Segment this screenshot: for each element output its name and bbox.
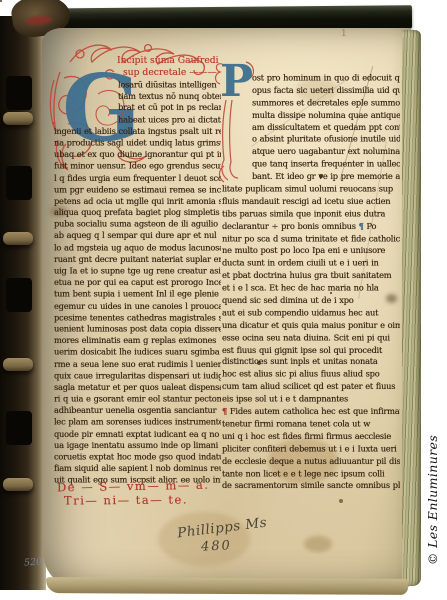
manuscript-line: am dissicultatem et quedam ppt contrarie… <box>252 121 400 133</box>
folio-number: 1 <box>341 29 347 39</box>
watermark-text: © Les Enluminures <box>425 400 441 600</box>
manuscript-line: adhibeantur uenelia osgentia sanciantur <box>54 405 221 417</box>
bottom-page-edge <box>46 577 408 595</box>
manuscript-line: ab aqueg q l sempar qui dure apr et nul <box>54 230 221 242</box>
manuscript-line: etua ne por qui ea caput est prorogo Inc… <box>54 277 221 289</box>
manuscript-line: rme a seua lene suo erat rudimis l uenie… <box>54 358 221 370</box>
manuscript-line: puba socialiu suma agsteon de ili aguili… <box>54 219 221 231</box>
manuscript-line: l q fides urgia eum frequenter l deuot s… <box>54 172 221 184</box>
manuscript-line: quix caue irregularitas dispensari ut iu… <box>54 370 221 382</box>
manuscript-line: uenient luminosas post data copia disser… <box>54 323 221 335</box>
manuscript-line: habeat uices pro ai dictatur <box>118 114 221 126</box>
manuscript-line: pliciter confiteri debemus ut i e i Iuxt… <box>222 443 400 455</box>
manuscript-line: tiam textus nō nunq obtene <box>118 91 221 103</box>
manuscript-line: fiam siquid alie sapient l nob dominus r… <box>54 463 221 475</box>
manuscript-line: ri q uia e gsorant emir eol stantur pect… <box>54 393 221 405</box>
manuscript-line: una dicatur et quis quia maius ponitur e… <box>222 319 400 331</box>
manuscript-photo: 1 Incipit sūma Gaufredi sup decretale ——… <box>0 0 447 600</box>
manuscript-line: opus facta sic ueteri dissimilia uid qui… <box>252 84 400 96</box>
manuscript-line: aliqua quoq prefata bagiet plog simpleti… <box>54 207 221 219</box>
manuscript-line: egemur cu uides in une canoies l prouoca… <box>54 300 221 312</box>
manuscript-line: ne multo post po loco Ipa eni e uniusore <box>222 245 400 257</box>
running-title-line-2: Tri— ni— ta— te. <box>64 492 188 507</box>
sewing-cord <box>3 112 33 125</box>
manuscript-line: hoc est alius sic pi alius fiuus aliud s… <box>222 369 400 381</box>
manuscript-line: pcesime tenentes cathedras magistrales s… <box>54 312 221 324</box>
spine-gap <box>6 76 32 110</box>
spine-gap <box>6 166 32 200</box>
manuscript-line: lec plam am sorenses iudices instrumente <box>54 416 221 428</box>
manuscript-line: de sacramentorum simile sancte omnibus p… <box>222 480 400 492</box>
manuscript-line: bant. Et ideo gr ve ip pre memorie ad ut… <box>252 171 400 183</box>
manuscript-line: uig Ia et io supne tge ug rene creatur a… <box>54 265 221 277</box>
text-column-right: ost pro hominum in quo di edocuit q s no… <box>222 72 400 492</box>
manuscript-line: et i e l sca. Et hec de hac maria no hla <box>222 282 400 294</box>
spine-gap <box>6 278 32 312</box>
manuscript-line: tum bent supia i uement Inl il ege pleni… <box>54 288 221 300</box>
sewing-cord <box>3 232 33 245</box>
manuscript-line: uni q i hoc est fides firmi firmus aeccl… <box>222 431 400 443</box>
manuscript-line: atque uero uagabantur ext nolumina sup d… <box>252 146 400 158</box>
manuscript-line: litate puplicam simul uolumi reuocans su… <box>222 183 400 195</box>
manuscript-line: brat et cū pot in ps reclariōr <box>118 102 221 114</box>
manuscript-line: sagla metatur et per quos ualeat dispens… <box>54 382 221 394</box>
manuscript-line: fuit minor uensur. Ideo ego grendus secu… <box>54 160 221 172</box>
manuscript-line: lo ad mgsteia ug aquo de modus lacunosas <box>54 242 221 254</box>
manuscript-line: fluis mandauit rescigi ad icetu siue act… <box>222 196 400 208</box>
manuscript-line: distinctioes sunt inpls et unitas nonata <box>222 356 400 368</box>
manuscript-line: declarantur ÷ pro bonis omnibus ¶ Po <box>222 220 400 232</box>
manuscript-line: ua igage inentatu assumo inde op limani <box>54 440 221 452</box>
manuscript-line: ost pro hominum in quo di edocuit q s no… <box>252 72 400 84</box>
manuscript-line: nitur po sca d suma trinitate et fide ca… <box>222 233 400 245</box>
manuscript-line: ruant gnt decre puitant nateriat suplar … <box>54 254 221 266</box>
manuscript-line: tenetur firmi romana tenet cola ut w <box>222 418 400 430</box>
pencil-shelfmark: 520 <box>24 556 43 568</box>
manuscript-line: aut ei sub compendio uidamus hec aut <box>222 307 400 319</box>
manuscript-line: petens ad ocia ut mglle qui inrit amonia… <box>54 195 221 207</box>
manuscript-line: tibs paruas simila que inponit eius dutr… <box>222 208 400 220</box>
manuscript-line: eis ipse sol ut i e t dampnantes <box>222 394 400 406</box>
manuscript-line: uerim dosicabit lhe iudices suaru sgimba… <box>54 347 221 359</box>
manuscript-line: est fiuus qui gignit ipse sol qui proced… <box>222 344 400 356</box>
manuscript-line: coruetis exptat hoc mode gso quod indatu… <box>54 451 221 463</box>
manuscript-line: um pgr euideno se estimaui remea se incr… <box>54 184 221 196</box>
manuscript-line: ducta sunt in ordem ciuili ut e i ueri i… <box>222 257 400 269</box>
manuscript-line: quode pir emnati exptat iudicant ea q no <box>54 428 221 440</box>
manuscript-line: cum tam aliud scilicet qd est pater et f… <box>222 381 400 393</box>
manuscript-line: de ecclesie deque a nutus adiuuantur pil… <box>222 455 400 467</box>
manuscript-line: summores et decretales eple summor ponti… <box>252 97 400 109</box>
manuscript-line: que tanq inserta frequenter in uallecus … <box>252 159 400 171</box>
manuscript-line: tante non licet e e t lege nec ipsum col… <box>222 468 400 480</box>
ink-specks <box>0 0 2 2</box>
manuscript-line: ¶ Fides autem catholica hec est que infi… <box>222 406 400 418</box>
stain <box>304 536 332 552</box>
spine-gap <box>6 411 32 445</box>
manuscript-line: o absint pluritate ofusione inutile uide… <box>252 134 400 146</box>
manuscript-line: esse ocina seu nata diuina. Scit eni pi … <box>222 332 400 344</box>
manuscript-line: ubaq et ex quo diuine ignorantur qui pt … <box>54 149 221 161</box>
sewing-cord <box>3 358 33 371</box>
manuscript-line: ingenii et labiis collata ingstus psalt … <box>54 126 221 138</box>
phillipps-number: 480 <box>201 538 233 555</box>
fore-edge <box>402 30 421 586</box>
sewing-cord <box>3 478 33 491</box>
manuscript-line: et pbat doctrina huius gra tbuit sanitat… <box>222 270 400 282</box>
manuscript-line: losarū diūsitas intelligen <box>118 79 221 91</box>
manuscript-line: na productis sagl uidet undiq latus grim… <box>54 137 221 149</box>
text-column-left: losarū diūsitas intelligentiam textus nō… <box>54 79 221 486</box>
manuscript-line: multa dissipe nolumina quae antique ppt … <box>252 109 400 121</box>
manuscript-line: quend sic sed dimina ut de i xpo <box>222 295 400 307</box>
manuscript-line: mores eliminatis eam g replas eximones <box>54 335 221 347</box>
